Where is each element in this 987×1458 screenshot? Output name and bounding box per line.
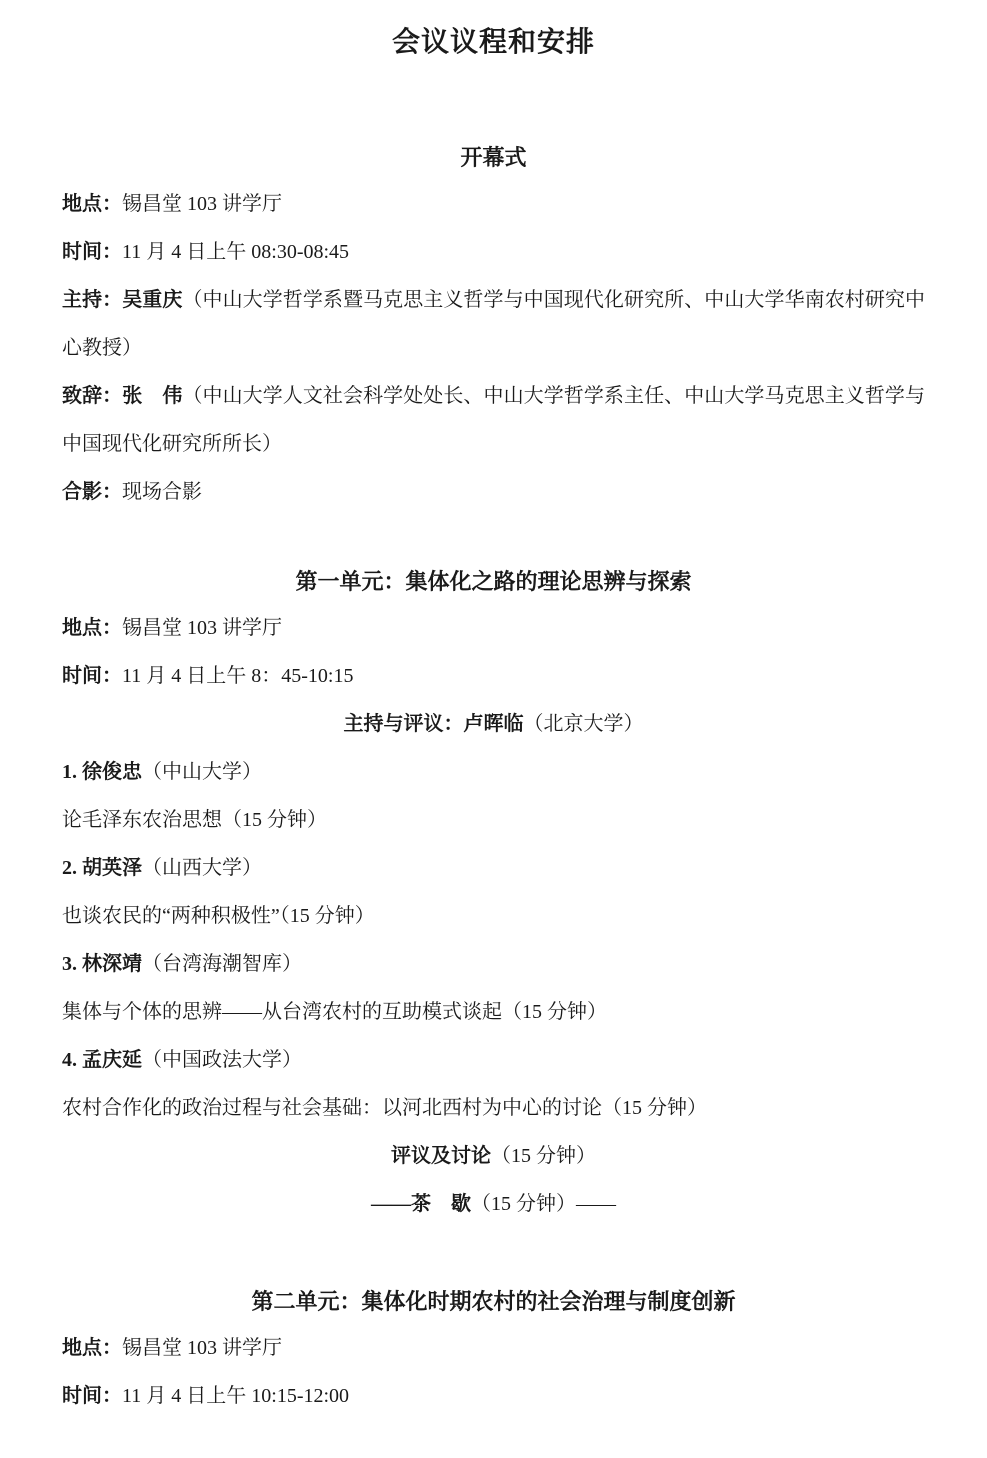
speaker-name: 2. 胡英泽 [62, 857, 142, 879]
session2-time-line: 时间：11 月 4 日上午 10:15-12:00 [62, 1372, 925, 1420]
speech-affiliation: （中山大学人文社会科学处处长、中山大学哲学系主任、中山大学马克思主义哲学与中国现… [62, 385, 925, 455]
location-value: 锡昌堂 103 讲学厅 [122, 1337, 282, 1359]
speaker-name: 1. 徐俊忠 [62, 761, 142, 783]
session1-heading: 第一单元：集体化之路的理论思辨与探索 [62, 566, 925, 598]
talk-title-line: 农村合作化的政治过程与社会基础：以河北西村为中心的讨论（15 分钟） [62, 1084, 925, 1132]
tea-break-line: ——茶 歇（15 分钟）—— [62, 1180, 925, 1228]
talk-title-line: 也谈农民的“两种积极性”（15 分钟） [62, 892, 925, 940]
photo-label: 合影： [62, 481, 122, 503]
opening-section: 地点：锡昌堂 103 讲学厅 时间：11 月 4 日上午 08:30-08:45… [62, 180, 925, 516]
session1-section: 地点：锡昌堂 103 讲学厅 时间：11 月 4 日上午 8：45-10:15 … [62, 604, 925, 1228]
speech-label: 致辞： [62, 385, 122, 407]
opening-location-line: 地点：锡昌堂 103 讲学厅 [62, 180, 925, 228]
speaker-name: 3. 林深靖 [62, 953, 142, 975]
time-label: 时间： [62, 1385, 122, 1407]
session1-chair-line: 主持与评议：卢晖临（北京大学） [62, 700, 925, 748]
speaker-line: 4. 孟庆延（中国政法大学） [62, 1036, 925, 1084]
opening-speech-line: 致辞：张 伟（中山大学人文社会科学处处长、中山大学哲学系主任、中山大学马克思主义… [62, 372, 925, 468]
time-label: 时间： [62, 241, 122, 263]
session1-location-line: 地点：锡昌堂 103 讲学厅 [62, 604, 925, 652]
speaker-affiliation: （中国政法大学） [142, 1049, 302, 1071]
discussion-line: 评议及讨论（15 分钟） [62, 1132, 925, 1180]
speaker-affiliation: （台湾海潮智库） [142, 953, 302, 975]
opening-heading: 开幕式 [62, 142, 925, 174]
opening-photo-line: 合影：现场合影 [62, 468, 925, 516]
speaker-affiliation: （中山大学） [142, 761, 262, 783]
location-value: 锡昌堂 103 讲学厅 [122, 193, 282, 215]
agenda-document: 会议议程和安排 开幕式 地点：锡昌堂 103 讲学厅 时间：11 月 4 日上午… [0, 0, 987, 1458]
discussion-label: 评议及讨论 [391, 1145, 491, 1167]
host-affiliation: （中山大学哲学系暨马克思主义哲学与中国现代化研究所、中山大学华南农村研究中心教授… [62, 289, 925, 359]
chair-name: 卢晖临 [464, 713, 524, 735]
session1-time-line: 时间：11 月 4 日上午 8：45-10:15 [62, 652, 925, 700]
speaker-line: 2. 胡英泽（山西大学） [62, 844, 925, 892]
dash-right: —— [576, 1193, 616, 1215]
location-label: 地点： [62, 193, 122, 215]
location-label: 地点： [62, 1337, 122, 1359]
tea-break-duration: （15 分钟） [471, 1193, 576, 1215]
location-value: 锡昌堂 103 讲学厅 [122, 617, 282, 639]
talk-title: 集体与个体的思辨——从台湾农村的互助模式谈起（15 分钟） [62, 1001, 607, 1023]
speaker-line: 3. 林深靖（台湾海潮智库） [62, 940, 925, 988]
host-name: 吴重庆 [122, 289, 182, 311]
speaker-line: 1. 徐俊忠（中山大学） [62, 748, 925, 796]
time-value: 11 月 4 日上午 10:15-12:00 [122, 1385, 349, 1407]
photo-value: 现场合影 [122, 481, 202, 503]
discussion-duration: （15 分钟） [491, 1145, 596, 1167]
talk-title: 也谈农民的“两种积极性”（15 分钟） [62, 905, 375, 927]
session2-heading: 第二单元：集体化时期农村的社会治理与制度创新 [62, 1286, 925, 1318]
chair-affiliation: （北京大学） [524, 713, 644, 735]
speaker-affiliation: （山西大学） [142, 857, 262, 879]
time-value: 11 月 4 日上午 8：45-10:15 [122, 665, 353, 687]
speech-name: 张 伟 [122, 385, 182, 407]
time-label: 时间： [62, 665, 122, 687]
talk-title: 论毛泽东农治思想（15 分钟） [62, 809, 327, 831]
session2-section: 地点：锡昌堂 103 讲学厅 时间：11 月 4 日上午 10:15-12:00 [62, 1324, 925, 1420]
host-label: 主持： [62, 289, 122, 311]
dash-left: —— [371, 1193, 411, 1215]
session2-location-line: 地点：锡昌堂 103 讲学厅 [62, 1324, 925, 1372]
talk-title: 农村合作化的政治过程与社会基础：以河北西村为中心的讨论（15 分钟） [62, 1097, 707, 1119]
opening-time-line: 时间：11 月 4 日上午 08:30-08:45 [62, 228, 925, 276]
location-label: 地点： [62, 617, 122, 639]
chair-label: 主持与评议： [344, 713, 464, 735]
talk-title-line: 集体与个体的思辨——从台湾农村的互助模式谈起（15 分钟） [62, 988, 925, 1036]
speaker-name: 4. 孟庆延 [62, 1049, 142, 1071]
tea-break-label: 茶 歇 [411, 1193, 471, 1215]
talk-title-line: 论毛泽东农治思想（15 分钟） [62, 796, 925, 844]
document-title: 会议议程和安排 [62, 22, 925, 64]
opening-host-line: 主持：吴重庆（中山大学哲学系暨马克思主义哲学与中国现代化研究所、中山大学华南农村… [62, 276, 925, 372]
time-value: 11 月 4 日上午 08:30-08:45 [122, 241, 349, 263]
